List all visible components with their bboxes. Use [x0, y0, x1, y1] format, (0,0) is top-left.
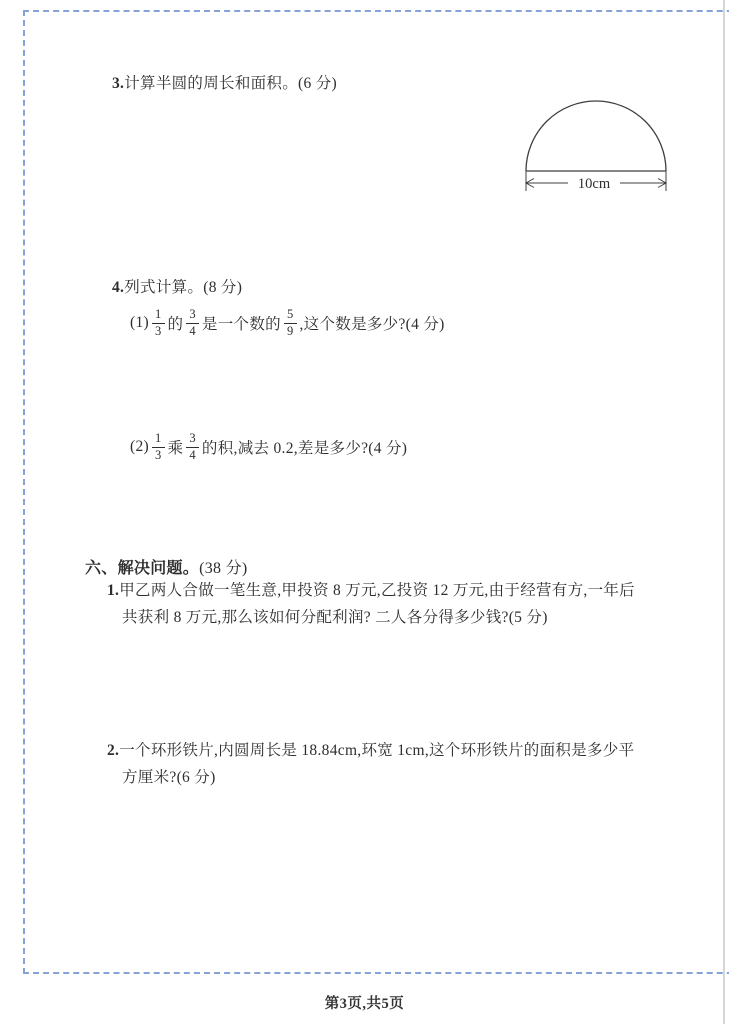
- item-1-text-3: ,这个数是多少?(4 分): [300, 312, 445, 334]
- s6-item-2-text-2: 方厘米?(6 分): [122, 769, 216, 786]
- question-4-item-2: (2) 1 3 乘 3 4 的积,减去 0.2,差是多少?(4 分): [130, 428, 407, 466]
- item-2-prefix: (2): [130, 438, 149, 456]
- section-6-item-1-line-2: 共获利 8 万元,那么该如何分配利润? 二人各分得多少钱?(5 分): [122, 608, 548, 628]
- page-indicator: 第3页,共5页: [325, 996, 405, 1012]
- fraction-1-3: 1 3: [152, 308, 165, 337]
- section-6-title: 六、解决问题。(38 分): [85, 555, 248, 578]
- item-2-text-2: 的积,减去 0.2,差是多少?(4 分): [202, 436, 407, 458]
- section-6-heading: 六、解决问题。: [85, 560, 199, 577]
- item-1-prefix: (1): [130, 314, 149, 332]
- item-2-text-1: 乘: [168, 436, 184, 458]
- section-6-score: (38 分): [199, 560, 247, 577]
- diameter-label: 10cm: [578, 176, 611, 192]
- question-3-title: 3.计算半圆的周长和面积。(6 分): [112, 74, 337, 94]
- fraction-5-9: 5 9: [284, 308, 297, 337]
- s6-item-2-text-1: 一个环形铁片,内圆周长是 18.84cm,环宽 1cm,这个环形铁片的面积是多少…: [119, 742, 634, 759]
- fraction-3-4-b: 3 4: [186, 432, 199, 461]
- question-3-number: 3.: [112, 75, 124, 92]
- section-6-item-2-line-2: 方厘米?(6 分): [122, 768, 216, 788]
- s6-item-2-number: 2.: [107, 742, 119, 759]
- exam-page: 3.计算半圆的周长和面积。(6 分) 10cm 4.列式计算。(8 分) (1)…: [0, 0, 729, 1024]
- question-3-text: 计算半圆的周长和面积。(6 分): [124, 75, 337, 92]
- item-1-text-1: 的: [168, 312, 184, 334]
- semicircle-arc: [526, 101, 666, 171]
- s6-item-1-text-2: 共获利 8 万元,那么该如何分配利润? 二人各分得多少钱?(5 分): [122, 609, 548, 626]
- question-4-text: 列式计算。(8 分): [124, 279, 242, 296]
- question-4-number: 4.: [112, 279, 124, 296]
- question-4-item-1: (1) 1 3 的 3 4 是一个数的 5 9 ,这个数是多少?(4 分): [130, 304, 445, 342]
- s6-item-1-text-1: 甲乙两人合做一笔生意,甲投资 8 万元,乙投资 12 万元,由于经营有方,一年后: [119, 582, 635, 599]
- fraction-3-4: 3 4: [186, 308, 199, 337]
- section-6-item-1-line-1: 1.甲乙两人合做一笔生意,甲投资 8 万元,乙投资 12 万元,由于经营有方,一…: [107, 581, 635, 601]
- fraction-1-3-b: 1 3: [152, 432, 165, 461]
- page-footer: 第3页,共5页: [0, 992, 729, 1013]
- item-1-text-2: 是一个数的: [202, 312, 281, 334]
- question-4-title: 4.列式计算。(8 分): [112, 278, 242, 298]
- scan-edge-line: [723, 0, 725, 1024]
- s6-item-1-number: 1.: [107, 582, 119, 599]
- semicircle-diagram: 10cm: [508, 88, 680, 206]
- section-6-item-2-line-1: 2.一个环形铁片,内圆周长是 18.84cm,环宽 1cm,这个环形铁片的面积是…: [107, 741, 634, 761]
